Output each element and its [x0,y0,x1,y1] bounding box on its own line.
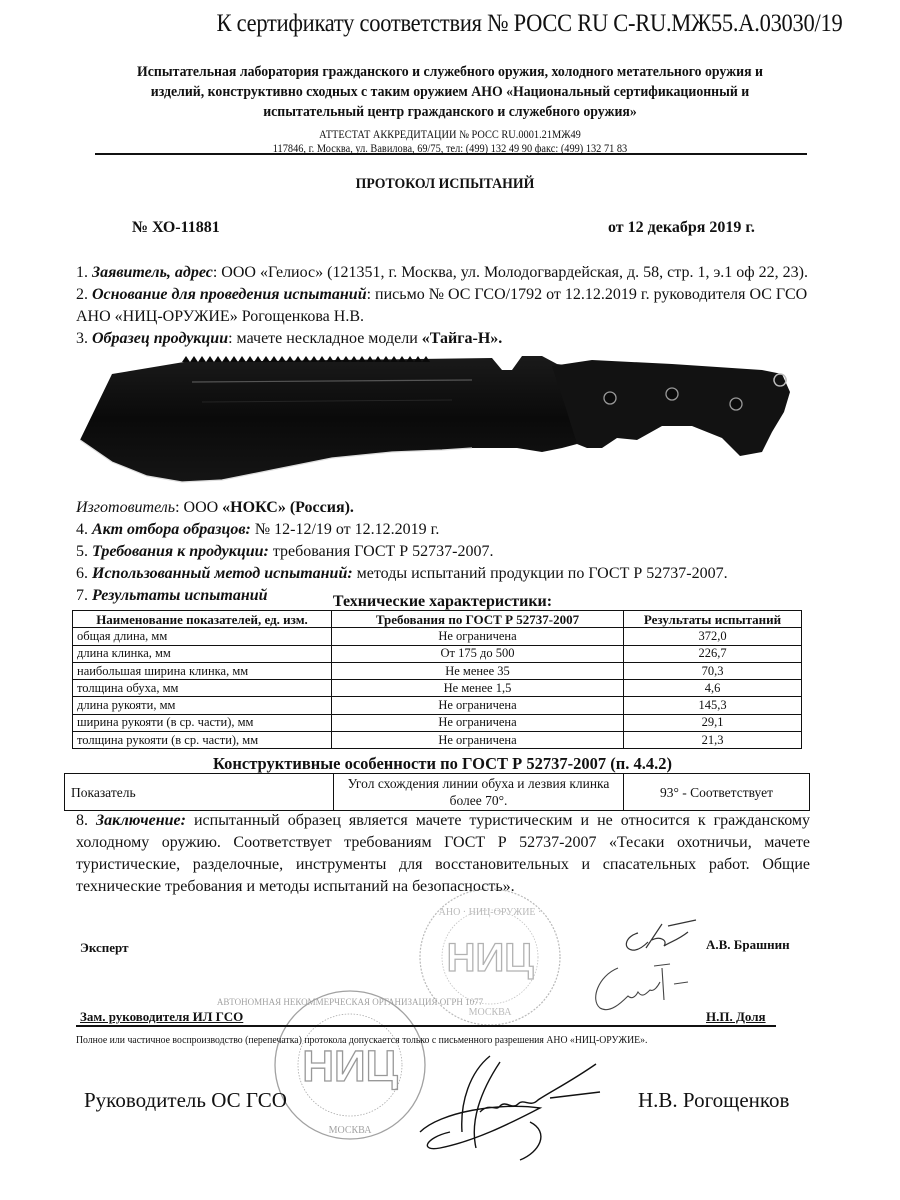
item-sample: 3. Образец продукции: мачете нескладное … [76,328,816,350]
expert-label: Эксперт [80,940,128,956]
deputy-signature-icon [588,962,698,1017]
protocol-date: от 12 декабря 2019 г. [608,219,755,237]
table-row: Показатель Угол схождения линии обуха и … [65,774,810,811]
header-divider [95,153,807,155]
table-row: ширина рукояти (в ср. части), ммНе огран… [73,714,802,731]
protocol-items-top: 1. Заявитель, адрес: ООО «Гелиос» (12135… [76,262,816,350]
accreditation-number: АТТЕСТАТ АККРЕДИТАЦИИ № РОСС RU.0001.21М… [45,128,855,142]
svg-text:МОСКВА: МОСКВА [329,1125,373,1136]
table-row: наибольшая ширина клинка, ммНе менее 357… [73,662,802,679]
tech-table-title: Технические характеристики: [0,593,885,611]
head-of-certification-body-label: Руководитель ОС ГСО [84,1088,287,1113]
item-basis: 2. Основание для проведения испытаний: п… [76,284,816,328]
svg-text:АНО · НИЦ-ОРУЖИЕ ·: АНО · НИЦ-ОРУЖИЕ · [439,907,542,918]
protocol-items-bottom: Изготовитель: ООО «НОКС» (Россия). 4. Ак… [76,497,816,607]
svg-text:НИЦ: НИЦ [447,936,534,980]
column-header: Результаты испытаний [624,611,802,628]
organization-stamp-icon: НИЦ АНО · НИЦ-ОРУЖИЕ · МОСКВА [415,885,565,1030]
construction-features-table: Показатель Угол схождения линии обуха и … [64,773,810,811]
item-method: 6. Использованный метод испытаний: метод… [76,563,816,585]
item-applicant: 1. Заявитель, адрес: ООО «Гелиос» (12135… [76,262,816,284]
expert-name: А.В. Брашнин [706,937,790,953]
table-row: длина рукояти, ммНе ограничена145,3 [73,697,802,714]
lab-name-line: Испытательная лаборатория гражданского и… [110,62,791,82]
deputy-head-label: Зам. руководителя ИЛ ГСО [80,1009,243,1025]
protocol-number: № ХО-11881 [132,219,220,237]
expert-signature-icon [618,918,698,958]
deputy-head-name: Н.П. Доля [706,1009,766,1025]
table-row: толщина рукояти (в ср. части), ммНе огра… [73,732,802,749]
document-title: ПРОТОКОЛ ИСПЫТАНИЙ [36,176,855,193]
requirement-cell: Угол схождения линии обуха и лезвия клин… [334,774,624,811]
column-header: Наименование показателей, ед. изм. [73,611,332,628]
column-header: Требования по ГОСТ Р 52737-2007 [332,611,624,628]
indicator-cell: Показатель [65,774,334,811]
svg-text:МОСКВА: МОСКВА [469,1007,513,1018]
head-signature-icon [400,1052,620,1162]
accreditation-block: АТТЕСТАТ АККРЕДИТАЦИИ № РОСС RU.0001.21М… [45,128,855,156]
svg-text:АВТОНОМНАЯ НЕКОММЕРЧЕСКАЯ ОРГА: АВТОНОМНАЯ НЕКОММЕРЧЕСКАЯ ОРГАНИЗАЦИЯ ОГ… [217,997,484,1007]
table-row: толщина обуха, ммНе менее 1,54,6 [73,680,802,697]
table-header-row: Наименование показателей, ед. изм. Требо… [73,611,802,628]
certificate-reference: К сертификату соответствия № РОСС RU C-R… [216,10,842,38]
table-row: длина клинка, ммОт 175 до 500226,7 [73,645,802,662]
svg-text:НИЦ: НИЦ [302,1042,398,1091]
item-requirements: 5. Требования к продукции: требования ГО… [76,541,816,563]
table-row: общая длина, ммНе ограничена372,0 [73,628,802,645]
item-sampling-act: 4. Акт отбора образцов: № 12-12/19 от 12… [76,519,816,541]
tech-characteristics-table: Наименование показателей, ед. изм. Требо… [72,610,802,749]
item-manufacturer: Изготовитель: ООО «НОКС» (Россия). [76,497,816,519]
signature-divider [76,1025,776,1027]
lab-name-line: испытательный центр гражданского и служе… [110,102,791,122]
lab-name-line: изделий, конструктивно сходных с таким о… [110,82,791,102]
machete-image [72,352,812,484]
reproduction-disclaimer: Полное или частичное воспроизводство (пе… [76,1035,647,1046]
construction-table-title: Конструктивные особенности по ГОСТ Р 527… [0,754,885,774]
head-of-certification-body-name: Н.В. Рогощенков [638,1088,789,1113]
laboratory-name: Испытательная лаборатория гражданского и… [110,62,791,122]
result-cell: 93° - Соответствует [624,774,810,811]
